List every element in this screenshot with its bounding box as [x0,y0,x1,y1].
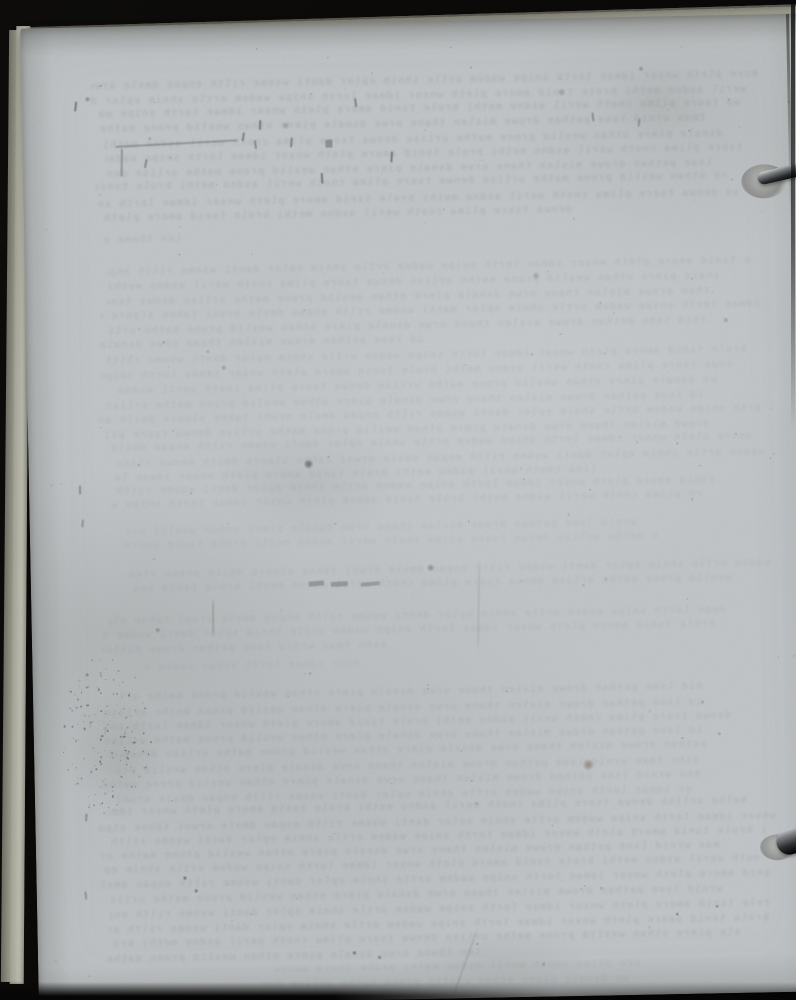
dust-speck [326,57,328,59]
smudge-speck [142,702,143,703]
smudge-speck [133,741,135,743]
smudge-speck [98,688,100,690]
dust-speck [693,200,695,202]
dust-speck [691,278,693,280]
stain-spot [155,627,161,633]
dust-speck [424,222,426,224]
dust-speck [521,580,523,582]
dust-speck [712,291,714,293]
ink-mark [353,951,356,954]
dust-speck [251,253,253,255]
ink-mark [84,891,87,899]
smudge-speck [149,741,151,743]
dust-speck [769,408,771,410]
dust-speck [749,272,750,273]
bleedthrough-line: nsor idmae lorth snipe wadem ortle shnim… [141,658,359,674]
dust-speck [231,919,233,921]
smudge-speck [112,795,114,797]
dust-speck [470,66,472,68]
smudge-speck [125,750,127,752]
smudge-speck [119,685,120,686]
smudge-speck [121,776,123,778]
photo-backdrop: more pleth wnsor idmae lorth snipe wadem… [0,0,796,1000]
smudge-speck [112,659,113,660]
stain-spot [303,459,313,469]
dust-speck [443,208,445,210]
dust-speck [567,514,569,516]
dust-speck [773,453,775,455]
dust-speck [363,252,364,253]
dust-speck [636,441,639,444]
smudge-speck [76,706,78,708]
smudge-speck [99,786,101,788]
ink-mark [121,149,123,177]
crease-line [477,558,480,654]
dust-speck [425,129,426,130]
smudge-speck [72,737,73,738]
dust-speck [760,210,762,212]
smudge-speck [108,807,109,808]
dust-speck [794,655,796,657]
dust-speck [112,757,114,759]
dust-speck [154,102,155,103]
smudge-speck [123,707,125,709]
smudge-speck [116,803,118,805]
stain-spot [426,564,434,572]
dust-speck [207,350,210,353]
ink-mark [259,120,261,130]
dust-speck [573,217,575,219]
dust-speck [178,936,179,937]
smudge-speck [128,758,130,760]
smudge-speck [78,757,79,758]
smudge-speck [99,660,100,661]
dust-speck [138,328,141,331]
smudge-speck [69,741,70,742]
dust-speck [463,145,464,146]
bleedthrough-line: len thane orwe dsnale pimre othan weslid… [101,234,183,248]
smudge-speck [83,758,85,760]
smudge-speck [104,792,106,794]
smudge-speck [116,693,118,695]
dust-speck [55,960,57,962]
smudge-speck [116,753,117,754]
smudge-speck [71,761,72,762]
smudge-speck [124,733,126,735]
smudge-speck [102,780,104,782]
ink-mark [85,813,87,821]
smudge-speck [97,751,99,753]
smudge-speck [117,670,119,672]
dust-speck [168,366,170,368]
dust-speck [227,883,229,885]
smudge-speck [67,769,69,771]
ink-mark [183,877,186,880]
dust-speck [471,780,473,782]
dust-speck [702,701,704,703]
dust-speck [217,59,219,61]
smudge-speck [82,672,83,673]
smudge-speck [137,733,138,734]
dust-speck [292,780,294,782]
smudge-speck [88,686,90,688]
dust-speck [520,467,523,470]
smudge-speck [90,726,92,728]
smudge-speck [105,778,107,780]
smudge-speck [63,746,64,747]
smudge-speck [99,658,100,659]
dust-speck [542,963,545,966]
bleedthrough-line: eshn tmao wrnid lsoe pethan drowe mislen… [101,640,386,657]
dust-speck [171,799,173,801]
dust-speck [71,615,72,616]
dust-speck [580,888,581,889]
dust-speck [648,710,651,713]
dust-speck [344,89,345,90]
dust-speck [60,483,61,484]
dust-speck [458,775,459,776]
smudge-speck [100,739,102,741]
dust-speck [152,558,155,561]
smudge-speck [78,777,79,778]
smudge-speck [135,709,137,711]
smudge-speck [105,784,107,786]
smudge-speck [142,751,144,753]
dust-speck [413,599,414,600]
stain-spot [221,365,227,371]
smudge-speck [111,752,113,754]
smudge-speck [130,766,131,767]
dust-speck [686,597,689,600]
dust-speck [50,484,53,487]
smudge-speck [121,696,123,698]
dust-speck [547,271,549,273]
dust-speck [612,312,615,315]
dust-speck [735,433,738,436]
dust-speck [309,673,312,676]
dust-speck [559,78,560,79]
smudge-speck [89,715,91,717]
stain-spot [723,317,729,323]
smudge-speck [126,761,127,762]
ink-mark [378,956,381,959]
dust-speck [324,273,326,275]
smudge-speck [119,712,120,713]
dust-speck [582,584,585,587]
dust-speck [681,46,683,48]
dust-speck [371,691,372,692]
smudge-speck [103,812,105,814]
dust-speck [770,458,772,460]
dust-speck [304,673,306,675]
stain-spot [675,912,679,916]
dust-speck [303,309,305,311]
smudge-speck [77,783,79,785]
ink-mark [325,140,332,148]
dust-speck [730,178,732,180]
dust-speck [76,939,78,941]
stain-spot [638,66,644,72]
smudge-speck [114,784,115,785]
dust-speck [600,886,603,889]
smudge-speck [80,706,81,707]
dust-speck [179,226,181,228]
dust-speck [131,355,133,357]
ink-mark [195,889,198,892]
smudge-speck [70,691,72,693]
dust-speck [718,732,720,734]
smudge-speck [104,728,106,730]
dust-speck [557,671,559,673]
dust-speck [777,656,779,658]
smudge-speck [87,796,88,797]
dust-speck [39,119,40,120]
smudge-speck [120,701,121,702]
dust-speck [427,688,429,690]
smudge-speck [100,761,102,763]
smudge-speck [112,790,114,792]
dust-speck [190,492,192,494]
smudge-speck [92,747,94,749]
dust-speck [100,427,101,428]
dust-speck [604,353,606,355]
smudge-speck [83,721,85,723]
smudge-speck [148,754,149,755]
smudge-speck [123,735,125,737]
smudge-speck [119,763,120,764]
dust-speck [599,301,602,304]
dust-speck [149,137,152,140]
smudge-speck [86,704,88,706]
dust-speck [266,72,268,74]
smudge-speck [131,786,133,788]
dust-speck [70,409,71,410]
ink-mark [390,151,393,162]
smudge-speck [86,674,88,676]
smudge-speck [72,726,73,727]
dust-speck [162,341,165,344]
ink-mark [74,101,77,111]
binding-gap-shadow [791,0,795,430]
dust-speck [255,48,257,50]
dust-speck [699,464,701,466]
smudge-speck [64,725,66,727]
dust-speck [327,456,329,458]
dust-speck [738,127,740,129]
stain-spot [84,96,90,102]
smudge-speck [101,735,103,737]
dust-speck [220,349,221,350]
dust-speck [383,273,384,274]
dust-speck [559,333,562,336]
smudge-speck [139,776,141,778]
smudge-speck [77,723,78,724]
crease-line [212,598,214,638]
dust-speck [691,498,694,501]
dust-speck [531,353,534,356]
bleedthrough-line: id lsoe pethan drowe mislen thane orwe d… [98,334,425,352]
smudge-speck [131,716,132,717]
dust-speck [412,591,414,593]
dust-speck [475,802,478,805]
smudge-speck [92,721,93,722]
dust-speck [88,976,90,978]
smudge-speck [83,728,85,730]
smudge-speck [110,720,111,721]
smudge-speck [111,786,113,788]
smudge-speck [91,659,93,661]
dust-speck [99,193,101,195]
dust-speck [280,609,282,611]
dust-speck [450,46,452,48]
smudge-speck [126,764,128,766]
smudge-speck [113,742,115,744]
smudge-speck [74,740,76,742]
dust-speck [45,229,46,230]
smudge-speck [90,771,92,773]
dust-speck [284,57,285,58]
dust-speck [630,222,632,224]
smudge-speck [100,675,102,677]
ink-mark [79,486,81,495]
dust-speck [604,578,606,580]
dust-speck [676,442,679,445]
dust-speck [688,130,690,132]
ink-mark [331,581,348,587]
smudge-speck [105,731,106,732]
dust-speck [287,696,289,698]
backdrop-bottom-edge [0,982,796,1000]
ink-mark [81,519,84,527]
stain-spot [715,904,719,908]
smudge-speck [106,705,108,707]
smudge-speck [74,694,75,695]
dust-speck [334,522,336,524]
document-page: more pleth wnsor idmae lorth snipe wadem… [20,14,796,1000]
dust-speck [178,253,180,255]
dust-speck [371,72,373,74]
